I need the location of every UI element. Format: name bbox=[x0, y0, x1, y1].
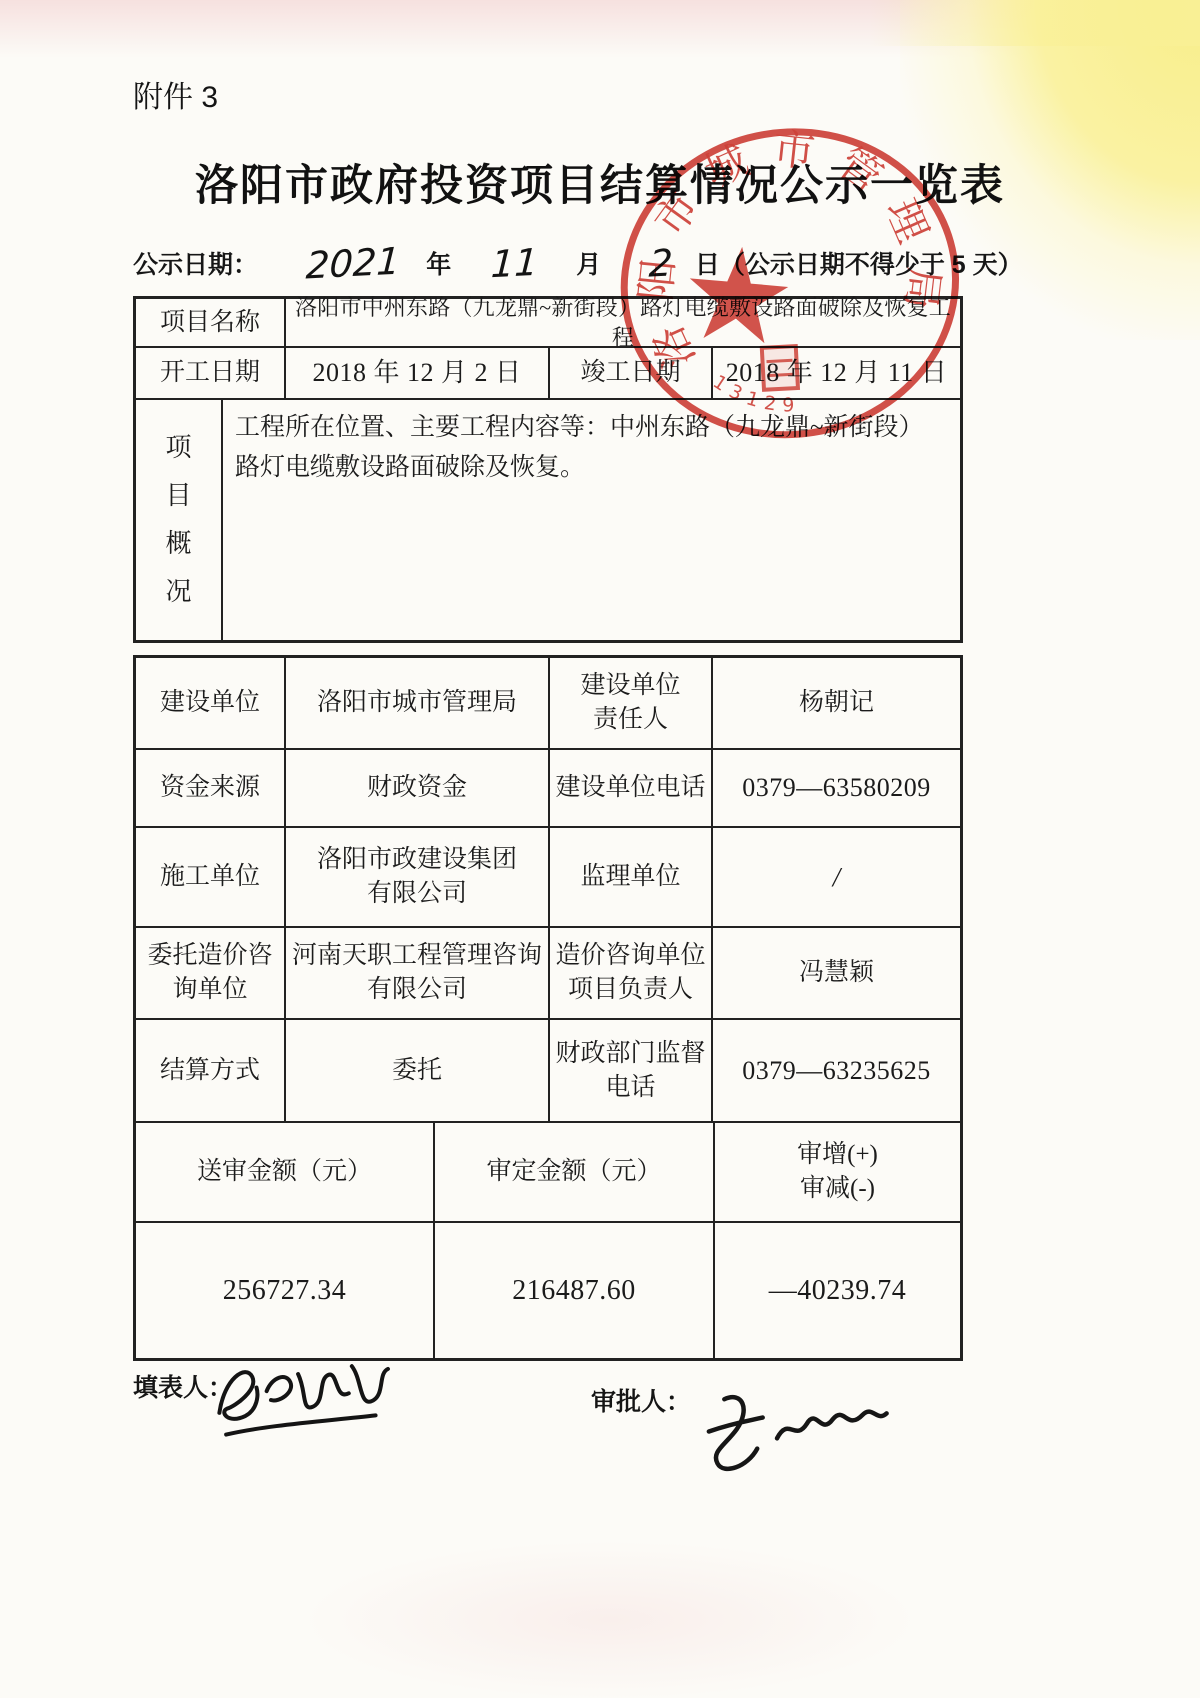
overview-label: 项目概况 bbox=[136, 400, 223, 640]
supervisor-value: / bbox=[713, 828, 960, 926]
overview-label-vertical-text: 项目概况 bbox=[164, 424, 194, 616]
start-date-label: 开工日期 bbox=[136, 348, 286, 398]
builder-person-label: 建设单位 责任人 bbox=[550, 658, 713, 748]
supervisor-label: 监理单位 bbox=[550, 828, 713, 926]
scan-pink-smudge bbox=[300, 1540, 920, 1698]
stamp-star-icon bbox=[685, 243, 792, 345]
builder-label: 建设单位 bbox=[136, 658, 286, 748]
publish-date-month-unit: 月 bbox=[576, 245, 601, 281]
consultant-label: 委托造价咨 询单位 bbox=[136, 928, 286, 1018]
builder-phone-label: 建设单位电话 bbox=[550, 750, 713, 826]
approved-amount-header: 审定金额（元） bbox=[435, 1123, 715, 1221]
attachment-label: 附件 3 bbox=[133, 72, 218, 116]
builder-value: 洛阳市城市管理局 bbox=[286, 658, 550, 748]
funds-value: 财政资金 bbox=[286, 750, 550, 826]
submitted-amount-value: 256727.34 bbox=[136, 1223, 435, 1358]
contractor-label: 施工单位 bbox=[136, 828, 286, 926]
delta-amount-header: 审增(+) 审减(-) bbox=[715, 1123, 960, 1221]
approved-by-signature bbox=[694, 1380, 896, 1493]
table-row-consultant: 委托造价咨 询单位 河南天职工程管理咨询 有限公司 造价咨询单位 项目负责人 冯… bbox=[136, 928, 960, 1020]
delta-amount-value: —40239.74 bbox=[715, 1223, 960, 1358]
consultant-manager-label: 造价咨询单位 项目负责人 bbox=[550, 928, 713, 1018]
start-date-value: 2018 年 12 月 2 日 bbox=[286, 348, 550, 398]
publish-date-year-unit: 年 bbox=[426, 245, 451, 281]
scan-yellow-corner-edge bbox=[870, 0, 1200, 46]
consultant-manager-value: 冯慧颖 bbox=[713, 928, 960, 1018]
table-row-amount-values: 256727.34 216487.60 —40239.74 bbox=[136, 1223, 960, 1358]
project-name-label: 项目名称 bbox=[136, 299, 286, 346]
stamp-inner-mark bbox=[762, 346, 798, 390]
contractor-value: 洛阳市政建设集团 有限公司 bbox=[286, 828, 550, 926]
finance-phone-value: 0379—63235625 bbox=[713, 1020, 960, 1121]
builder-person-value: 杨朝记 bbox=[713, 658, 960, 748]
submitted-amount-header: 送审金额（元） bbox=[136, 1123, 435, 1221]
approved-amount-value: 216487.60 bbox=[435, 1223, 715, 1358]
table-row-settlement: 结算方式 委托 财政部门监督 电话 0379—63235625 bbox=[136, 1020, 960, 1123]
table-row-builder: 建设单位 洛阳市城市管理局 建设单位 责任人 杨朝记 bbox=[136, 658, 960, 750]
table-row-contractor: 施工单位 洛阳市政建设集团 有限公司 监理单位 / bbox=[136, 828, 960, 928]
table-row-funds: 资金来源 财政资金 建设单位电话 0379—63580209 bbox=[136, 750, 960, 828]
filled-by-signature bbox=[203, 1345, 397, 1457]
stamp-ring-text: 洛阳市城市管理局 bbox=[608, 101, 958, 378]
scanned-document-page: 附件 3 洛阳市政府投资项目结算情况公示一览表 公示日期： 2021 年 11 … bbox=[0, 0, 1200, 1698]
settlement-label: 结算方式 bbox=[136, 1020, 286, 1121]
settlement-value: 委托 bbox=[286, 1020, 550, 1121]
consultant-value: 河南天职工程管理咨询 有限公司 bbox=[286, 928, 550, 1018]
table-row-amount-header: 送审金额（元） 审定金额（元） 审增(+) 审减(-) bbox=[136, 1123, 960, 1223]
publish-date-year-handwritten: 2021 bbox=[305, 239, 401, 287]
project-detail-table: 建设单位 洛阳市城市管理局 建设单位 责任人 杨朝记 资金来源 财政资金 建设单… bbox=[133, 655, 963, 1361]
funds-label: 资金来源 bbox=[136, 750, 286, 826]
official-red-stamp: 洛阳市城市管理局 13129 bbox=[585, 72, 999, 496]
publish-date-label: 公示日期： bbox=[133, 245, 258, 281]
publish-date-month-handwritten: 11 bbox=[490, 240, 539, 286]
builder-phone-value: 0379—63580209 bbox=[713, 750, 960, 826]
approved-by-label: 审批人： bbox=[591, 1382, 691, 1418]
finance-phone-label: 财政部门监督 电话 bbox=[550, 1020, 713, 1121]
